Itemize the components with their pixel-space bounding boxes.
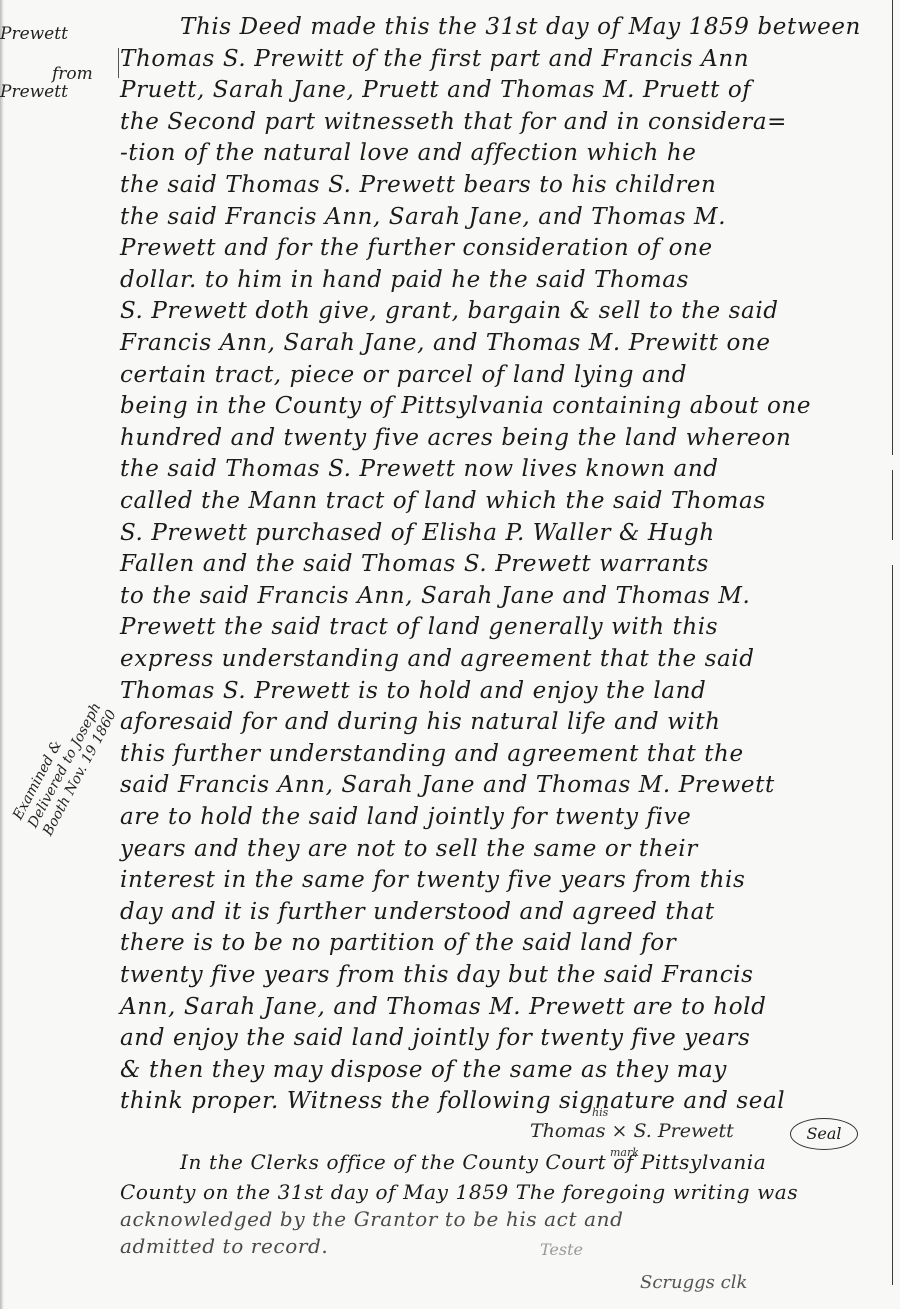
deed-line: think proper. Witness the following sign… [120, 1088, 785, 1114]
deed-line: the said Francis Ann, Sarah Jane, and Th… [120, 204, 726, 230]
deed-line: certain tract, piece or parcel of land l… [120, 362, 687, 388]
deed-line: the Second part witnesseth that for and … [120, 109, 787, 135]
deed-line: called the Mann tract of land which the … [120, 488, 766, 514]
recording-line: In the Clerks office of the County Court… [180, 1150, 766, 1174]
deed-line: dollar. to him in hand paid he the said … [120, 267, 689, 293]
margin-note-grantee: Prewett [0, 26, 68, 43]
deed-line: S. Prewett doth give, grant, bargain & s… [120, 298, 779, 324]
deed-line: Prewett the said tract of land generally… [120, 614, 718, 640]
deed-line: Thomas S. Prewett is to hold and enjoy t… [120, 678, 706, 704]
clerk-signature: Scruggs clk [640, 1272, 747, 1293]
deed-line: hundred and twenty five acres being the … [120, 425, 791, 451]
recording-line: admitted to record. [120, 1234, 328, 1258]
grantor-signature: Thomas × S. Prewett [530, 1120, 734, 1142]
deed-line: said Francis Ann, Sarah Jane and Thomas … [120, 772, 775, 798]
deed-line: Francis Ann, Sarah Jane, and Thomas M. P… [120, 330, 771, 356]
deed-line: the said Thomas S. Prewett now lives kno… [120, 456, 719, 482]
deed-line: S. Prewett purchased of Elisha P. Waller… [120, 520, 715, 546]
seal-mark: Seal [790, 1118, 858, 1150]
deed-line: express understanding and agreement that… [120, 646, 755, 672]
deed-line: are to hold the said land jointly for tw… [120, 804, 691, 830]
teste-label: Teste [540, 1240, 583, 1259]
right-margin-rule [892, 565, 893, 1285]
deed-line: Fallen and the said Thomas S. Prewett wa… [120, 551, 709, 577]
right-margin-rule [892, 470, 893, 540]
deed-line: the said Thomas S. Prewett bears to his … [120, 172, 716, 198]
deed-line: Pruett, Sarah Jane, Pruett and Thomas M.… [120, 77, 751, 103]
deed-line: Thomas S. Prewitt of the first part and … [120, 46, 749, 72]
deed-line: there is to be no partition of the said … [120, 930, 676, 956]
margin-note-relation: from [52, 66, 93, 83]
deed-line: years and they are not to sell the same … [120, 836, 698, 862]
deed-line: being in the County of Pittsylvania cont… [120, 393, 811, 419]
right-margin-rule [892, 0, 893, 455]
deed-line: aforesaid for and during his natural lif… [120, 709, 721, 735]
delivery-margin-note: Examined & Delivered to Joseph Booth Nov… [10, 691, 121, 839]
scan-edge-shadow [0, 0, 4, 1309]
deed-page: Prewett from Prewett Examined & Delivere… [0, 0, 900, 1309]
recording-line: County on the 31st day of May 1859 The f… [120, 1180, 798, 1204]
deed-line: Prewett and for the further consideratio… [120, 235, 713, 261]
deed-line: this further understanding and agreement… [120, 741, 744, 767]
margin-rule [118, 48, 119, 78]
deed-line: twenty five years from this day but the … [120, 962, 754, 988]
recording-line: acknowledged by the Grantor to be his ac… [120, 1207, 623, 1231]
deed-line: and enjoy the said land jointly for twen… [120, 1025, 750, 1051]
deed-line: day and it is further understood and agr… [120, 899, 715, 925]
signature-his: his [592, 1106, 608, 1119]
margin-note-grantor: Prewett [0, 84, 68, 101]
deed-line: interest in the same for twenty five yea… [120, 867, 745, 893]
deed-line: Ann, Sarah Jane, and Thomas M. Prewett a… [120, 994, 766, 1020]
deed-line: This Deed made this the 31st day of May … [180, 14, 861, 40]
deed-line: & then they may dispose of the same as t… [120, 1057, 727, 1083]
deed-line: to the said Francis Ann, Sarah Jane and … [120, 583, 750, 609]
deed-line: -tion of the natural love and affection … [120, 140, 697, 166]
